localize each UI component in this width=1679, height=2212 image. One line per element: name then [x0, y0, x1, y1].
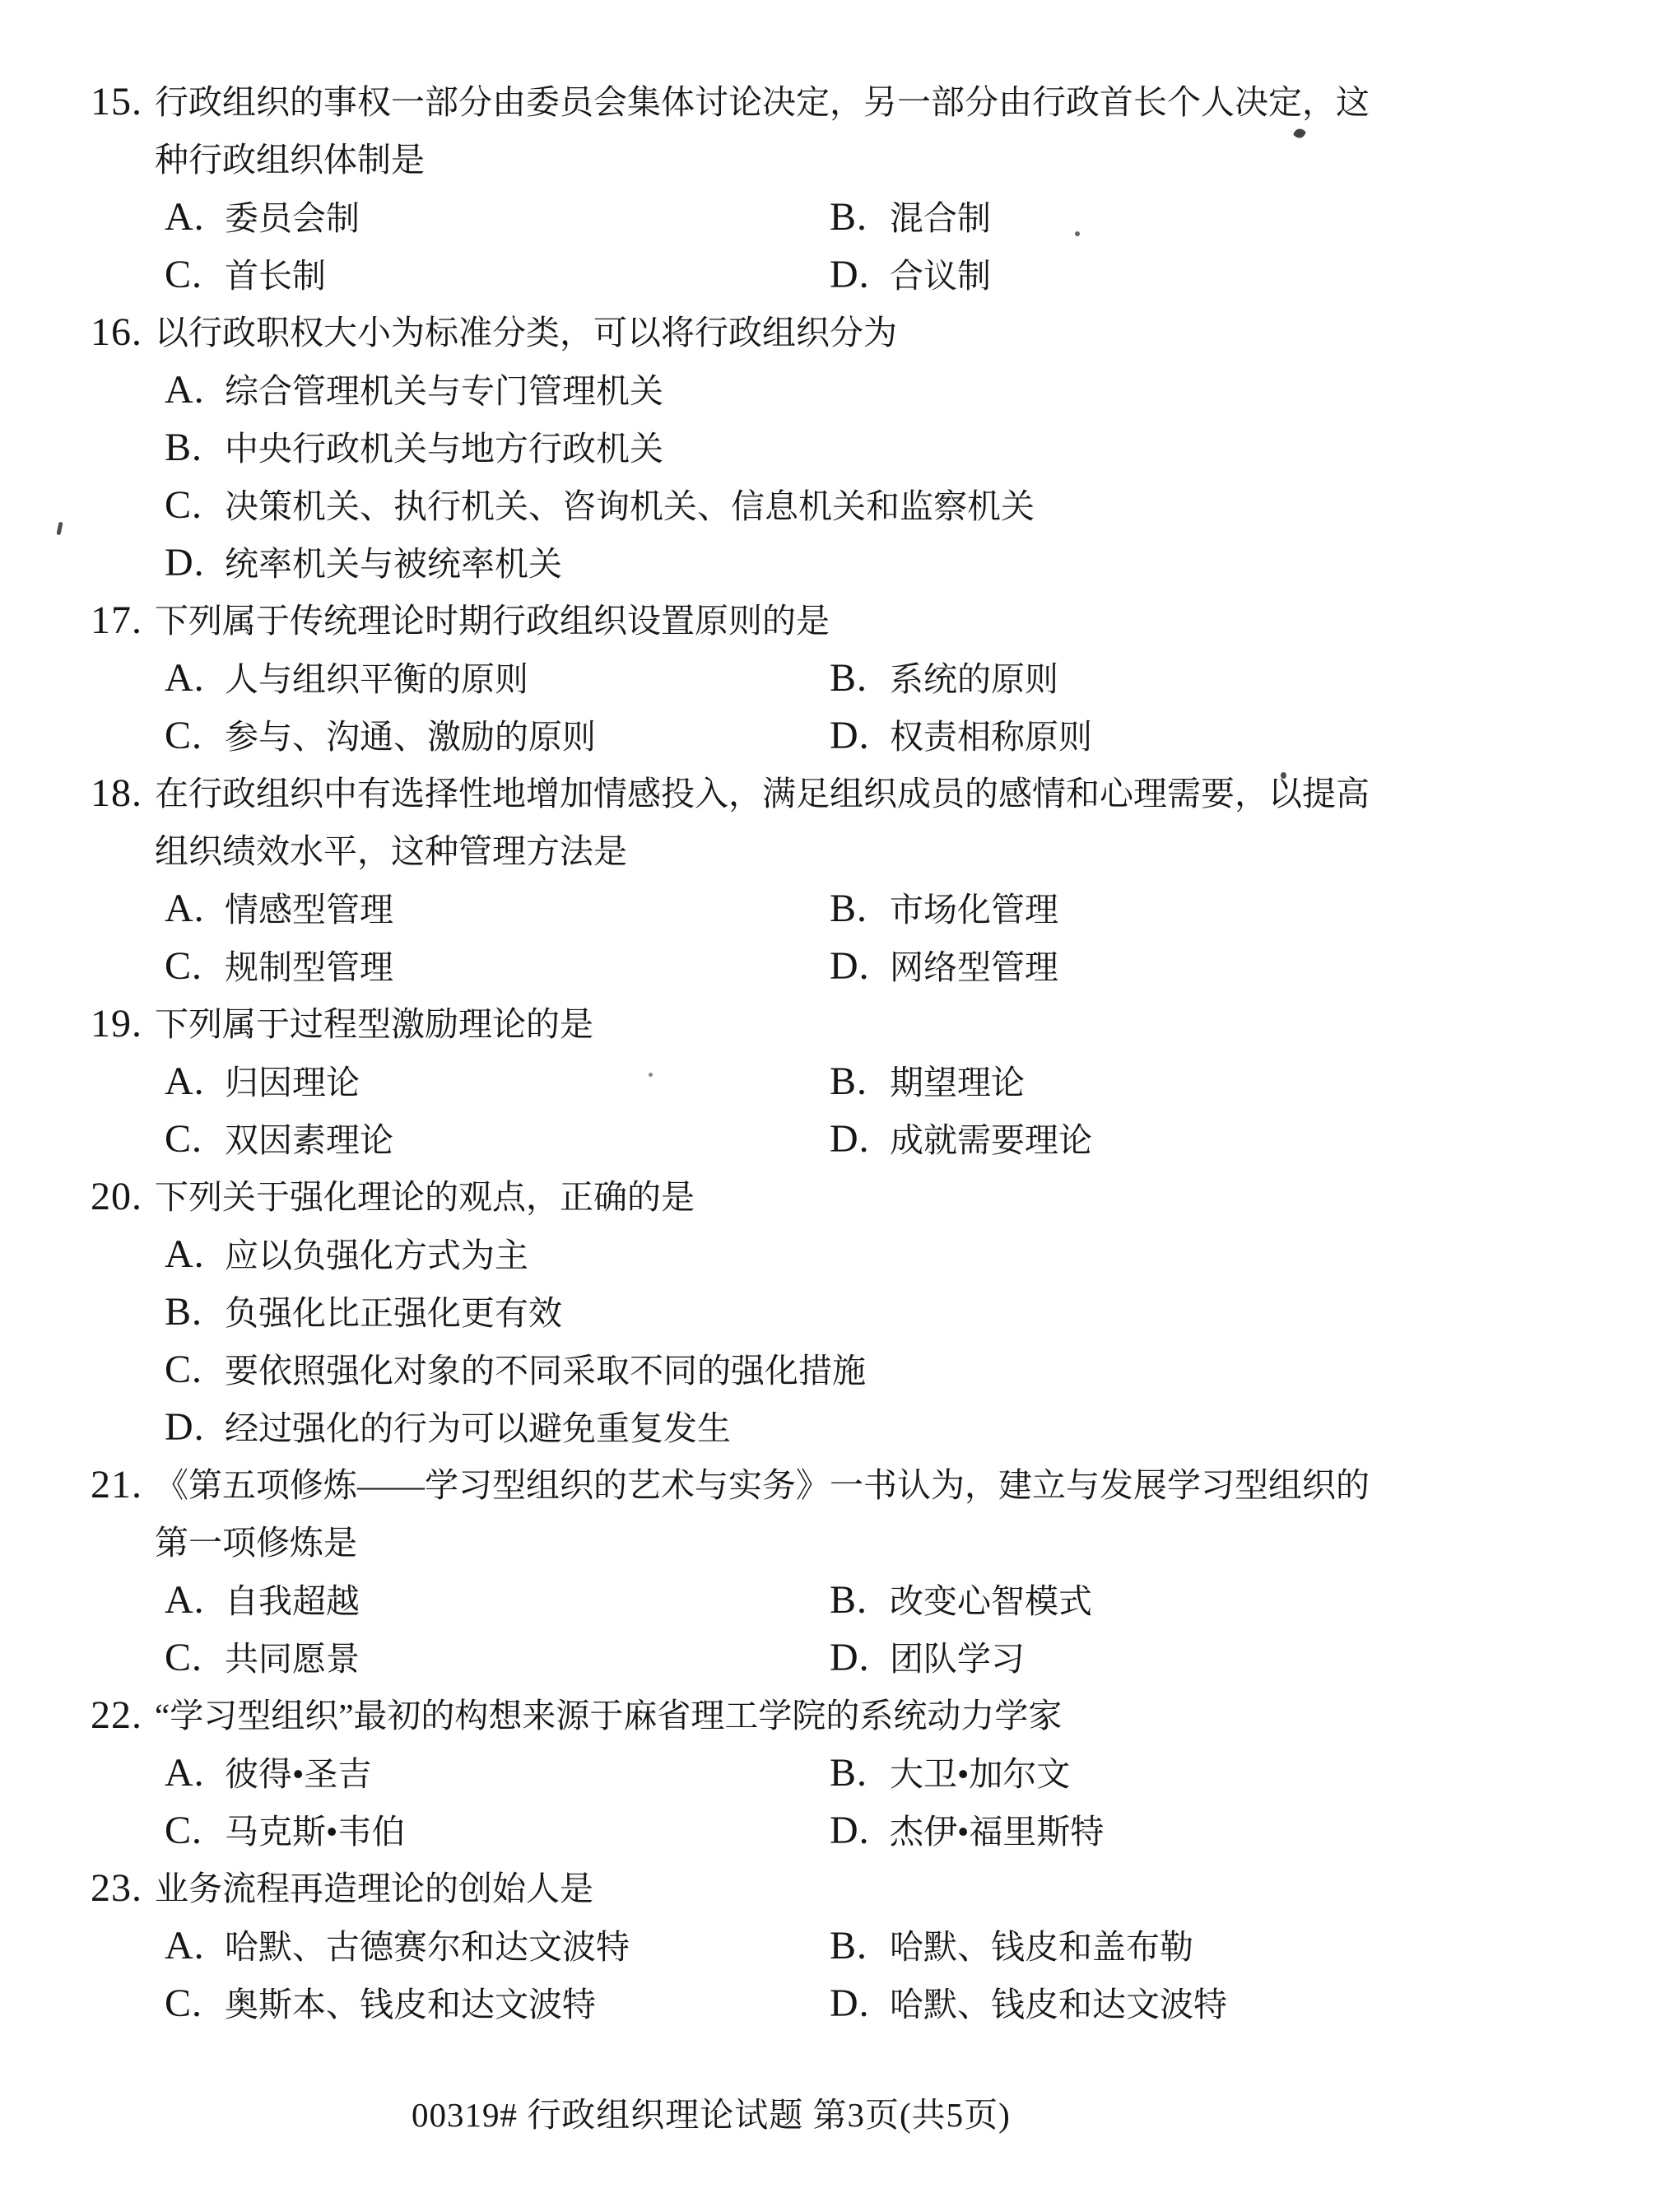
option-letter: D.: [165, 1399, 225, 1456]
option-letter: A.: [165, 1053, 225, 1111]
question-18-line-1: 18. 在行政组织中有选择性地增加情感投入，满足组织成员的感情和心理需要，以提高: [0, 765, 1679, 822]
option-text: 委员会制: [225, 199, 360, 237]
option-text: 首长制: [225, 257, 326, 295]
option-letter: C.: [165, 246, 225, 304]
option-text: 决策机关、执行机关、咨询机关、信息机关和监察机关: [225, 487, 1035, 525]
option-letter: C.: [165, 1629, 225, 1687]
option-text: 统率机关与被统率机关: [225, 545, 562, 583]
question-22-number: 22.: [91, 1687, 142, 1744]
question-22-text: “学习型组织”最初的构想来源于麻省理工学院的系统动力学家: [155, 1687, 1062, 1744]
question-20-option-a: A.应以负强化方式为主: [165, 1226, 528, 1283]
option-text: 应以负强化方式为主: [225, 1236, 528, 1274]
question-18-options-cd: C.规制型管理 D.网络型管理: [0, 938, 1679, 995]
option-text: 市场化管理: [890, 891, 1058, 929]
option-letter: A.: [165, 880, 225, 938]
option-text: 合议制: [890, 257, 991, 295]
question-23-option-b: B.哈默、钱皮和盖布勒: [830, 1917, 1193, 1975]
option-text: 权责相称原则: [890, 718, 1092, 756]
option-letter: B.: [165, 419, 225, 477]
option-letter: A.: [165, 650, 225, 707]
question-16-option-a-row: A.综合管理机关与专门管理机关: [0, 361, 1679, 419]
option-text: 共同愿景: [225, 1640, 360, 1678]
question-19-options-cd: C.双因素理论 D.成就需要理论: [0, 1111, 1679, 1168]
question-23-options-cd: C.奥斯本、钱皮和达文波特 D.哈默、钱皮和达文波特: [0, 1975, 1679, 2033]
question-20-option-c: C.要依照强化对象的不同采取不同的强化措施: [165, 1341, 866, 1399]
option-text: 混合制: [890, 199, 991, 237]
option-text: 参与、沟通、激励的原则: [225, 718, 596, 756]
question-22-options-ab: A.彼得•圣吉 B.大卫•加尔文: [0, 1744, 1679, 1802]
question-17-option-c: C.参与、沟通、激励的原则: [165, 707, 596, 765]
question-19-option-a: A.归因理论: [165, 1053, 360, 1111]
question-16-option-a: A.综合管理机关与专门管理机关: [165, 361, 663, 419]
option-letter: A.: [165, 1226, 225, 1283]
question-20-option-d: D.经过强化的行为可以避免重复发生: [165, 1399, 731, 1456]
question-15-options-ab: A.委员会制 B.混合制: [0, 189, 1679, 246]
question-23-option-a: A.哈默、古德赛尔和达文波特: [165, 1917, 630, 1975]
question-17-options-ab: A.人与组织平衡的原则 B.系统的原则: [0, 650, 1679, 707]
question-17-option-a: A.人与组织平衡的原则: [165, 650, 528, 707]
question-20-text: 下列关于强化理论的观点，正确的是: [155, 1168, 695, 1226]
question-22-option-a: A.彼得•圣吉: [165, 1744, 371, 1802]
option-letter: A.: [165, 189, 225, 246]
question-19-number: 19.: [91, 995, 142, 1053]
question-15-option-c: C.首长制: [165, 246, 326, 304]
option-letter: A.: [165, 1917, 225, 1975]
option-text: 哈默、古德赛尔和达文波特: [225, 1928, 630, 1966]
scan-artifact-dot: [1281, 772, 1286, 779]
question-17-text: 下列属于传统理论时期行政组织设置原则的是: [155, 592, 830, 650]
question-21-options-ab: A.自我超越 B.改变心智模式: [0, 1572, 1679, 1629]
question-23-option-c: C.奥斯本、钱皮和达文波特: [165, 1975, 596, 2033]
scan-artifact-dot: [1075, 231, 1080, 236]
option-text: 奥斯本、钱皮和达文波特: [225, 1986, 596, 2023]
option-text: 经过强化的行为可以避免重复发生: [225, 1409, 731, 1447]
question-23-options-ab: A.哈默、古德赛尔和达文波特 B.哈默、钱皮和盖布勒: [0, 1917, 1679, 1975]
question-17-options-cd: C.参与、沟通、激励的原则 D.权责相称原则: [0, 707, 1679, 765]
question-16-line-1: 16. 以行政职权大小为标准分类，可以将行政组织分为: [0, 304, 1679, 361]
question-22-option-c: C.马克斯•韦伯: [165, 1802, 405, 1860]
question-21-option-c: C.共同愿景: [165, 1629, 360, 1687]
question-16-option-c: C.决策机关、执行机关、咨询机关、信息机关和监察机关: [165, 477, 1035, 534]
question-18-text-cont: 组织绩效水平，这种管理方法是: [155, 822, 627, 880]
question-18-option-b: B.市场化管理: [830, 880, 1058, 938]
option-letter: B.: [830, 1917, 890, 1975]
option-letter: D.: [830, 938, 890, 995]
question-19-line-1: 19. 下列属于过程型激励理论的是: [0, 995, 1679, 1053]
option-text: 期望理论: [890, 1064, 1025, 1101]
option-text: 中央行政机关与地方行政机关: [225, 430, 663, 468]
question-22-line-1: 22. “学习型组织”最初的构想来源于麻省理工学院的系统动力学家: [0, 1687, 1679, 1744]
question-22-option-d: D.杰伊•福里斯特: [830, 1802, 1104, 1860]
option-letter: D.: [830, 1111, 890, 1168]
question-18-text: 在行政组织中有选择性地增加情感投入，满足组织成员的感情和心理需要，以提高: [155, 765, 1370, 822]
question-20-number: 20.: [91, 1168, 142, 1226]
option-letter: D.: [830, 1802, 890, 1860]
question-19-option-c: C.双因素理论: [165, 1111, 393, 1168]
option-text: 综合管理机关与专门管理机关: [225, 372, 663, 410]
question-22-option-b: B.大卫•加尔文: [830, 1744, 1070, 1802]
option-text: 系统的原则: [890, 660, 1058, 698]
option-text: 人与组织平衡的原则: [225, 660, 528, 698]
option-text: 网络型管理: [890, 948, 1058, 986]
question-15-line-1: 15. 行政组织的事权一部分由委员会集体讨论决定，另一部分由行政首长个人决定，这: [0, 73, 1679, 131]
question-15-line-2: 种行政组织体制是: [0, 131, 1679, 189]
option-letter: B.: [830, 189, 890, 246]
option-letter: B.: [830, 1572, 890, 1629]
option-text: 负强化比正强化更有效: [225, 1294, 562, 1332]
exam-content: 15. 行政组织的事权一部分由委员会集体讨论决定，另一部分由行政首长个人决定，这…: [0, 73, 1679, 2033]
question-17-line-1: 17. 下列属于传统理论时期行政组织设置原则的是: [0, 592, 1679, 650]
question-20-line-1: 20. 下列关于强化理论的观点，正确的是: [0, 1168, 1679, 1226]
question-15-text: 行政组织的事权一部分由委员会集体讨论决定，另一部分由行政首长个人决定，这: [155, 73, 1370, 131]
question-16-option-d: D.统率机关与被统率机关: [165, 534, 562, 592]
question-20-option-d-row: D.经过强化的行为可以避免重复发生: [0, 1399, 1679, 1456]
option-letter: C.: [165, 938, 225, 995]
question-21-option-d: D.团队学习: [830, 1629, 1025, 1687]
option-letter: C.: [165, 707, 225, 765]
option-text: 彼得•圣吉: [225, 1755, 371, 1793]
option-text: 杰伊•福里斯特: [890, 1813, 1104, 1851]
question-15-options-cd: C.首长制 D.合议制: [0, 246, 1679, 304]
option-text: 双因素理论: [225, 1121, 393, 1159]
question-23-line-1: 23. 业务流程再造理论的创始人是: [0, 1860, 1679, 1917]
question-23-option-d: D.哈默、钱皮和达文波特: [830, 1975, 1227, 2033]
question-22-options-cd: C.马克斯•韦伯 D.杰伊•福里斯特: [0, 1802, 1679, 1860]
question-21-options-cd: C.共同愿景 D.团队学习: [0, 1629, 1679, 1687]
question-21-number: 21.: [91, 1456, 142, 1514]
question-18-number: 18.: [91, 765, 142, 822]
question-19-options-ab: A.归因理论 B.期望理论: [0, 1053, 1679, 1111]
scan-artifact-dot: [649, 1073, 653, 1077]
question-17-option-d: D.权责相称原则: [830, 707, 1092, 765]
question-15-number: 15.: [91, 73, 142, 131]
option-text: 情感型管理: [225, 891, 393, 929]
question-20-option-c-row: C.要依照强化对象的不同采取不同的强化措施: [0, 1341, 1679, 1399]
option-text: 马克斯•韦伯: [225, 1813, 405, 1851]
question-17-option-b: B.系统的原则: [830, 650, 1058, 707]
question-17-number: 17.: [91, 592, 142, 650]
option-letter: D.: [165, 534, 225, 592]
question-18-option-d: D.网络型管理: [830, 938, 1058, 995]
question-18-option-a: A.情感型管理: [165, 880, 393, 938]
option-letter: B.: [830, 650, 890, 707]
option-letter: C.: [165, 1341, 225, 1399]
option-text: 自我超越: [225, 1582, 360, 1620]
option-text: 成就需要理论: [890, 1121, 1092, 1159]
option-text: 改变心智模式: [890, 1582, 1092, 1620]
question-21-option-a: A.自我超越: [165, 1572, 360, 1629]
option-text: 要依照强化对象的不同采取不同的强化措施: [225, 1352, 866, 1390]
question-16-option-d-row: D.统率机关与被统率机关: [0, 534, 1679, 592]
option-letter: C.: [165, 477, 225, 534]
question-18-option-c: C.规制型管理: [165, 938, 393, 995]
option-letter: D.: [830, 246, 890, 304]
option-letter: C.: [165, 1111, 225, 1168]
question-15-option-a: A.委员会制: [165, 189, 360, 246]
question-21-option-b: B.改变心智模式: [830, 1572, 1092, 1629]
question-16-number: 16.: [91, 304, 142, 361]
question-16-option-b: B.中央行政机关与地方行政机关: [165, 419, 663, 477]
question-18-options-ab: A.情感型管理 B.市场化管理: [0, 880, 1679, 938]
option-letter: B.: [165, 1283, 225, 1341]
option-letter: D.: [830, 707, 890, 765]
question-20-option-b: B.负强化比正强化更有效: [165, 1283, 562, 1341]
option-letter: B.: [830, 1744, 890, 1802]
option-text: 大卫•加尔文: [890, 1755, 1070, 1793]
question-20-option-a-row: A.应以负强化方式为主: [0, 1226, 1679, 1283]
question-23-text: 业务流程再造理论的创始人是: [155, 1860, 593, 1917]
option-text: 哈默、钱皮和盖布勒: [890, 1928, 1193, 1966]
option-letter: B.: [830, 1053, 890, 1111]
question-15-option-d: D.合议制: [830, 246, 991, 304]
question-21-line-2: 第一项修炼是: [0, 1514, 1679, 1572]
question-16-text: 以行政职权大小为标准分类，可以将行政组织分为: [155, 304, 897, 361]
question-18-line-2: 组织绩效水平，这种管理方法是: [0, 822, 1679, 880]
option-text: 哈默、钱皮和达文波特: [890, 1986, 1227, 2023]
page-footer: 00319# 行政组织理论试题 第3页(共5页): [412, 2086, 1011, 2144]
question-21-text: 《第五项修炼——学习型组织的艺术与实务》一书认为，建立与发展学习型组织的: [155, 1456, 1370, 1514]
option-letter: D.: [830, 1629, 890, 1687]
question-21-line-1: 21. 《第五项修炼——学习型组织的艺术与实务》一书认为，建立与发展学习型组织的: [0, 1456, 1679, 1514]
question-21-text-cont: 第一项修炼是: [155, 1514, 357, 1572]
option-letter: A.: [165, 1572, 225, 1629]
option-text: 归因理论: [225, 1064, 360, 1101]
option-letter: C.: [165, 1802, 225, 1860]
option-text: 规制型管理: [225, 948, 393, 986]
option-letter: D.: [830, 1975, 890, 2033]
option-letter: B.: [830, 880, 890, 938]
question-23-number: 23.: [91, 1860, 142, 1917]
question-19-text: 下列属于过程型激励理论的是: [155, 995, 593, 1053]
question-15-option-b: B.混合制: [830, 189, 991, 246]
option-text: 团队学习: [890, 1640, 1025, 1678]
question-19-option-d: D.成就需要理论: [830, 1111, 1092, 1168]
option-letter: C.: [165, 1975, 225, 2033]
question-16-option-c-row: C.决策机关、执行机关、咨询机关、信息机关和监察机关: [0, 477, 1679, 534]
question-15-text-cont: 种行政组织体制是: [155, 131, 425, 189]
question-19-option-b: B.期望理论: [830, 1053, 1025, 1111]
exam-page: 15. 行政组织的事权一部分由委员会集体讨论决定，另一部分由行政首长个人决定，这…: [0, 0, 1679, 2212]
option-letter: A.: [165, 361, 225, 419]
question-20-option-b-row: B.负强化比正强化更有效: [0, 1283, 1679, 1341]
option-letter: A.: [165, 1744, 225, 1802]
question-16-option-b-row: B.中央行政机关与地方行政机关: [0, 419, 1679, 477]
